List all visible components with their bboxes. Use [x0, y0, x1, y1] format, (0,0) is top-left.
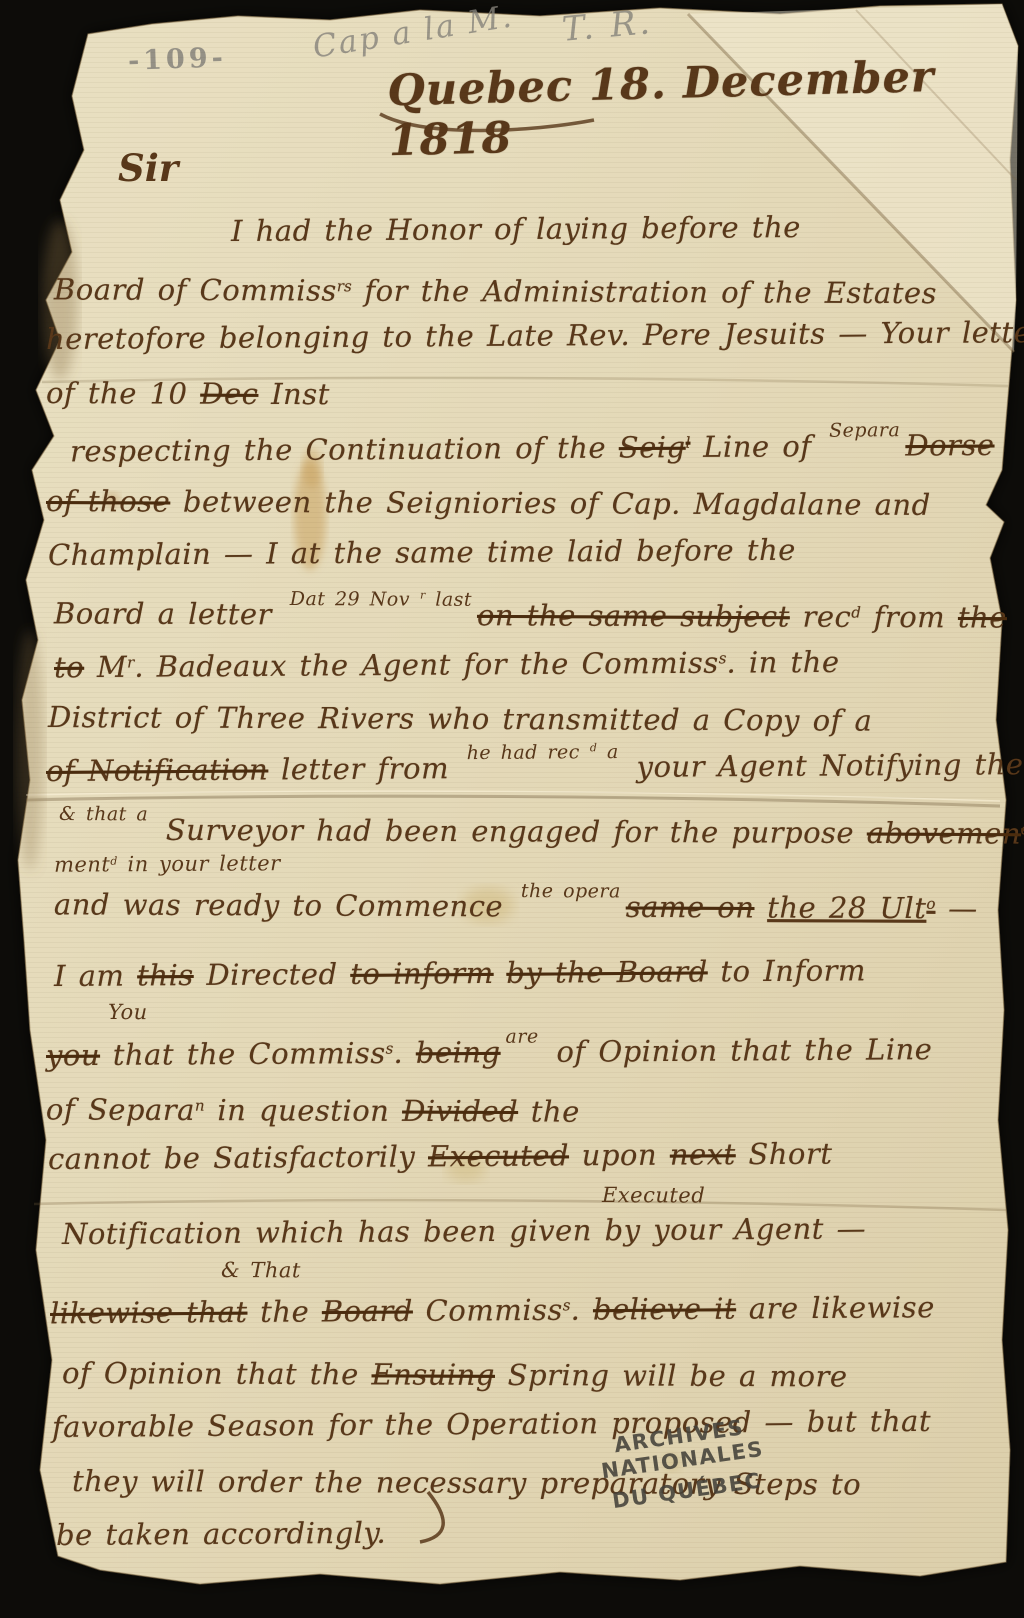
letter-text: . — [393, 1036, 416, 1070]
letter-line: to Mr. Badeaux the Agent for the Commiss… — [54, 629, 1004, 690]
struck-text: to — [54, 650, 84, 684]
letter-text: that the Commiss — [100, 1036, 386, 1072]
letter-line: I am this Directed to inform by the Boar… — [54, 942, 1004, 1003]
letter-text: Board of Commiss — [54, 272, 337, 307]
dateline: Quebec 18. December 1818 — [387, 50, 1024, 167]
letter-text: — — [935, 891, 977, 925]
letter-text: Directed — [194, 957, 351, 992]
letter-body: I had the Honor of laying before theBoar… — [46, 204, 1004, 1562]
letter-line: and was ready to Commence the operasame … — [54, 873, 1004, 931]
letter-text: Board a letter — [54, 596, 285, 631]
struck-text: Seig — [619, 430, 686, 464]
letter-line: respecting the Continuation of the Seigl… — [70, 413, 1004, 474]
struck-text: being — [416, 1035, 501, 1070]
letter-text: cannot be Satisfactorily — [48, 1139, 428, 1176]
pencil-note-cap-a-la-m: Cap a la M. — [310, 0, 515, 66]
letter-line: favorable Season for the Operation propo… — [52, 1393, 1004, 1454]
letter-text: Notification which has been given by you… — [62, 1211, 866, 1251]
letter-text: upon — [569, 1138, 670, 1173]
letter-text: . Badeaux the Agent for the Commiss — [134, 646, 719, 684]
struck-text: you — [46, 1038, 100, 1072]
letter-text: between the Seigniories of Cap. Magdalan… — [170, 485, 931, 522]
letter-text: Line of — [690, 429, 824, 464]
struck-text: on the same subject — [477, 598, 790, 633]
letter-text: of Opinion that the Line — [544, 1032, 933, 1069]
struck-text: by the Board — [506, 954, 708, 989]
struck-text: likewise that — [50, 1295, 248, 1330]
letter-text: in question — [205, 1093, 403, 1128]
letter-text: to Inform — [708, 953, 866, 988]
struck-text: Dec — [200, 377, 258, 411]
letter-text: . — [570, 1293, 593, 1327]
letter-text: heretofore belonging to the Late Rev. Pe… — [46, 315, 1024, 356]
letter-line: Notification which has been given by you… — [62, 1200, 1004, 1261]
struck-text: to inform — [350, 956, 494, 991]
pencil-note-tr: T. R. — [560, 2, 654, 50]
letter-text: the — [518, 1094, 580, 1128]
struck-text: Divided — [402, 1094, 518, 1129]
letter-text: Commiss — [413, 1293, 563, 1328]
letter-text: o — [926, 895, 935, 913]
letter-text: letter from — [268, 751, 462, 786]
letter-line: heretofore belonging to the Late Rev. Pe… — [46, 305, 1004, 366]
letter-text: You — [108, 1000, 148, 1024]
letter-line: Champlain — I at the same time laid befo… — [48, 521, 1004, 582]
letter-text: n — [195, 1097, 205, 1115]
letter-text: of Opinion that the — [62, 1356, 372, 1391]
struck-text: Dorse — [905, 428, 994, 463]
letter-line: I had the Honor of laying before the — [231, 199, 1004, 258]
struck-text: Executed — [428, 1138, 569, 1173]
letter-text: District of Three Rivers who transmitted… — [48, 700, 873, 738]
struck-text: Board — [322, 1294, 413, 1329]
letter-text: your Agent Notifying the — [624, 747, 1024, 784]
letter-text: s — [563, 1296, 571, 1314]
letter-line: cannot be Satisfactorily Executed upon n… — [48, 1125, 1004, 1186]
letter-text: Inst — [258, 377, 330, 411]
letter-text: Short — [736, 1137, 833, 1172]
letter-text: of the 10 — [46, 376, 200, 411]
letter-text: are likewise — [736, 1290, 935, 1325]
letter-text: & That — [221, 1258, 301, 1282]
letter-text: the 28 Ult — [767, 890, 926, 925]
struck-text: of those — [46, 484, 170, 519]
letter-text: M — [84, 650, 127, 684]
struck-text: Ensuing — [371, 1357, 495, 1392]
struck-text: next — [670, 1137, 736, 1171]
letter-text: of Separa — [46, 1092, 195, 1127]
interlined-text: he had rec — [467, 752, 580, 753]
letter-text: rs — [337, 277, 352, 295]
letter-line: you that the Commisss. beingare of Opini… — [46, 1017, 1004, 1078]
letter-text: be taken accordingly. — [56, 1516, 386, 1552]
letter-line: mentd in your letter — [54, 841, 1004, 875]
struck-text: believe it — [593, 1292, 736, 1327]
letter-text: . in the — [726, 645, 839, 680]
letter-text: respecting the Continuation of the — [70, 431, 619, 469]
letter-line: of Notification letter from he had recd … — [46, 737, 1004, 798]
letter-text: d — [851, 603, 861, 621]
interlined-text: Dat 29 Nov — [290, 599, 410, 600]
struck-text: of Notification — [46, 752, 269, 788]
letter-text: Spring will be a more — [495, 1358, 848, 1394]
letter-text: the — [247, 1294, 322, 1329]
document-scan: -109- Cap a la M. T. R. Quebec 18. Decem… — [0, 0, 1024, 1618]
letter-text — [494, 956, 507, 990]
letter-text: rec — [790, 600, 852, 634]
letter-line: be taken accordingly. — [56, 1501, 1004, 1562]
letter-text: for the Administration of the Estates — [352, 274, 937, 311]
struck-text: same on — [626, 890, 755, 925]
letter-text: I had the Honor of laying before the — [231, 210, 801, 248]
struck-text: this — [137, 958, 194, 992]
pencil-page-number: -109- — [127, 42, 227, 76]
salutation: Sir — [118, 146, 178, 190]
letter-text: I am — [54, 958, 137, 993]
letter-line: likewise that the Board Commisss. believ… — [50, 1275, 1004, 1336]
scan-background: { "annotations": { "page_number": "-109-… — [0, 0, 1024, 1618]
letter-text: and was ready to Commence — [54, 887, 516, 923]
letter-page: -109- Cap a la M. T. R. Quebec 18. Decem… — [0, 0, 1024, 1618]
letter-text — [754, 890, 767, 924]
letter-text: Champlain — I at the same time laid befo… — [48, 533, 796, 572]
